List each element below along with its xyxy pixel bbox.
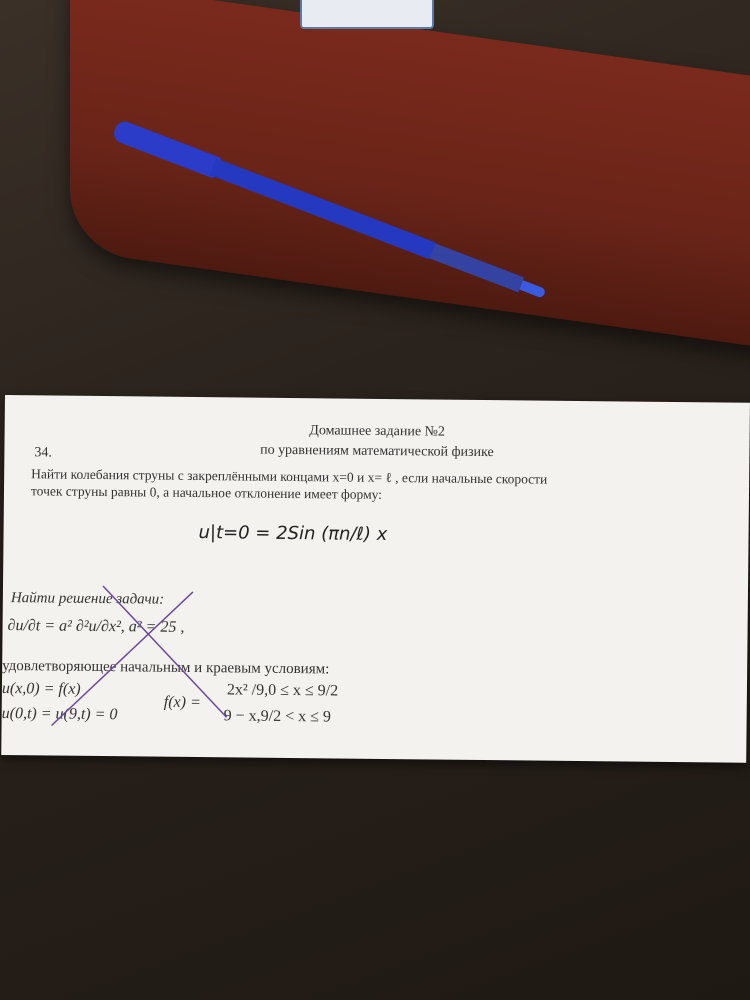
- cross-out-mark: [1, 395, 750, 763]
- business-card: [300, 0, 434, 29]
- homework-sheet: Домашнее задание №2 по уравнениям матема…: [1, 395, 750, 763]
- wooden-desk-organizer: [70, 0, 750, 351]
- pen-tip: [519, 280, 546, 298]
